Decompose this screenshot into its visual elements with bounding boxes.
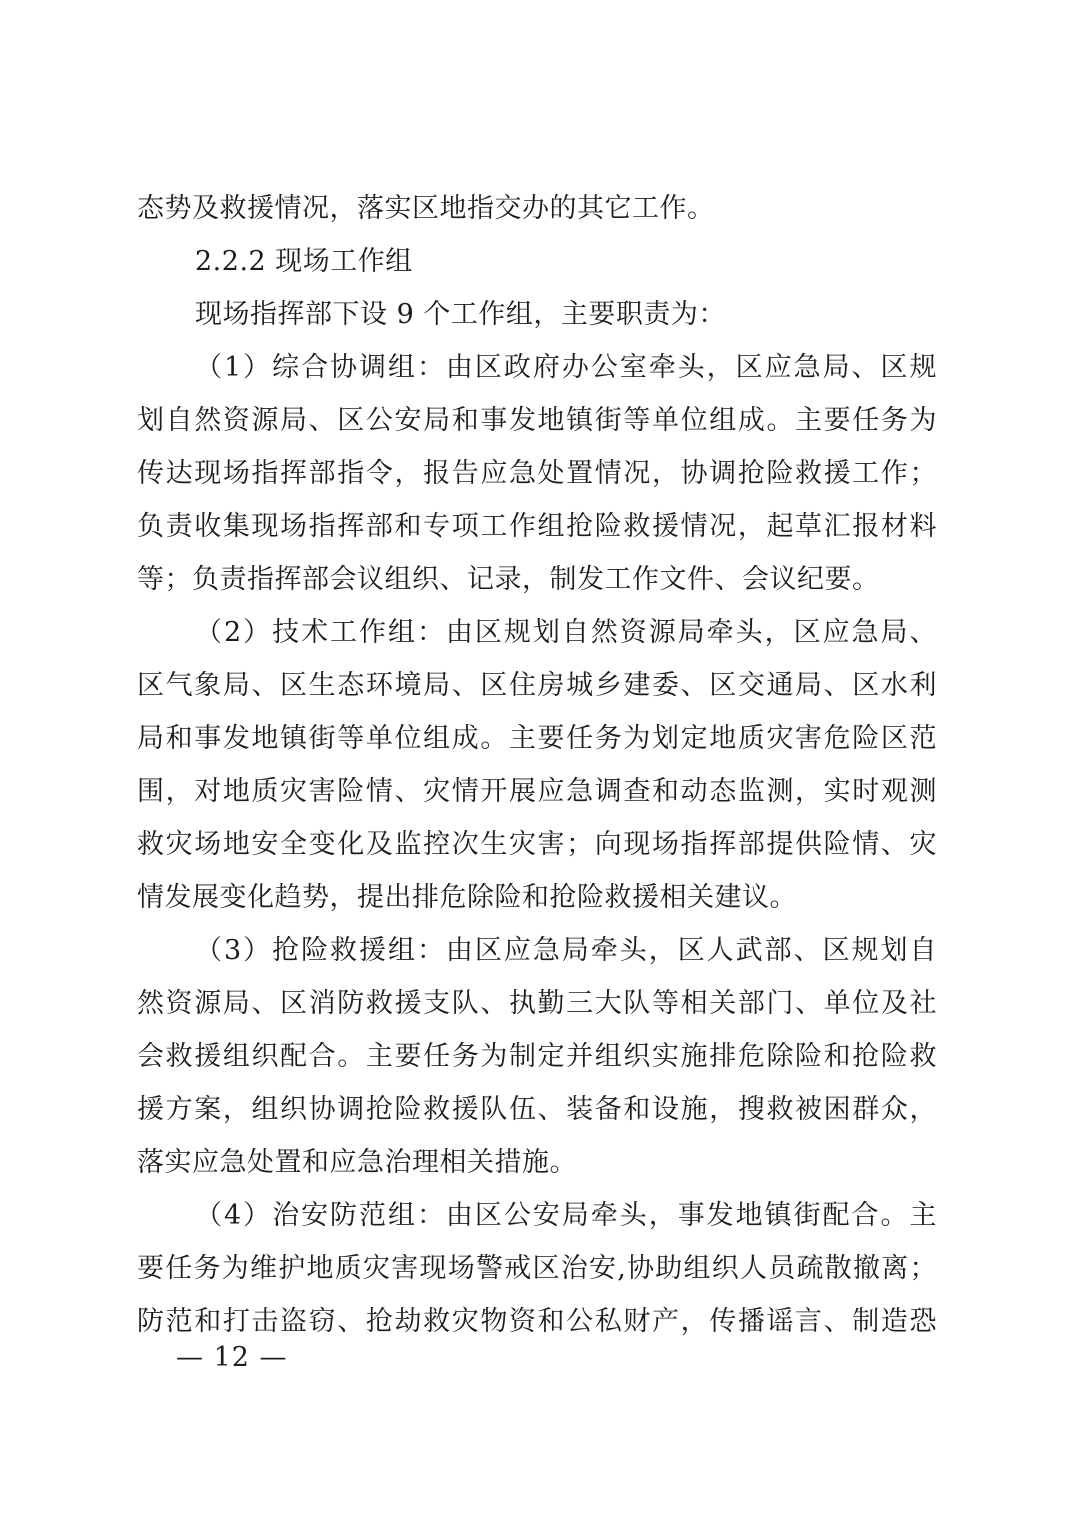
paragraph-2-line-5: 救灾场地安全变化及监控次生灾害；向现场指挥部提供险情、灾	[137, 818, 937, 871]
paragraph-4-line-2: 要任务为维护地质灾害现场警戒区治安,协助组织人员疏散撤离；	[137, 1242, 937, 1295]
paragraph-1-line-4: 负责收集现场指挥部和专项工作组抢险救援情况，起草汇报材料	[137, 500, 937, 553]
paragraph-3-line-3: 会救援组织配合。主要任务为制定并组织实施排危除险和抢险救	[137, 1030, 937, 1083]
paragraph-1-line-3: 传达现场指挥部指令，报告应急处置情况，协调抢险救援工作；	[137, 447, 937, 500]
page-number: — 12 —	[176, 1340, 288, 1376]
text-line: 现场指挥部下设 9 个工作组，主要职责为：	[137, 288, 937, 341]
paragraph-2-line-3: 局和事发地镇街等单位组成。主要任务为划定地质灾害危险区范	[137, 712, 937, 765]
paragraph-2-line-6: 情发展变化趋势，提出排危除险和抢险救援相关建议。	[137, 871, 937, 924]
paragraph-1-line-2: 划自然资源局、区公安局和事发地镇街等单位组成。主要任务为	[137, 394, 937, 447]
paragraph-3-line-2: 然资源局、区消防救援支队、执勤三大队等相关部门、单位及社	[137, 977, 937, 1030]
paragraph-2-line-2: 区气象局、区生态环境局、区住房城乡建委、区交通局、区水利	[137, 659, 937, 712]
document-page: 态势及救援情况，落实区地指交办的其它工作。 2.2.2 现场工作组 现场指挥部下…	[0, 0, 1074, 1520]
paragraph-1-line-1: （1）综合协调组：由区政府办公室牵头，区应急局、区规	[137, 341, 937, 394]
paragraph-3-line-4: 援方案，组织协调抢险救援队伍、装备和设施，搜救被困群众，	[137, 1083, 937, 1136]
text-line-continuation: 态势及救援情况，落实区地指交办的其它工作。	[137, 182, 937, 235]
paragraph-4-line-1: （4）治安防范组：由区公安局牵头，事发地镇街配合。主	[137, 1189, 937, 1242]
section-heading-2-2-2: 2.2.2 现场工作组	[137, 235, 937, 288]
paragraph-1-line-5: 等；负责指挥部会议组织、记录，制发工作文件、会议纪要。	[137, 553, 937, 606]
paragraph-3-line-1: （3）抢险救援组：由区应急局牵头，区人武部、区规划自	[137, 924, 937, 977]
document-body: 态势及救援情况，落实区地指交办的其它工作。 2.2.2 现场工作组 现场指挥部下…	[137, 182, 937, 1348]
paragraph-2-line-4: 围，对地质灾害险情、灾情开展应急调查和动态监测，实时观测	[137, 765, 937, 818]
paragraph-2-line-1: （2）技术工作组：由区规划自然资源局牵头，区应急局、	[137, 606, 937, 659]
paragraph-3-line-5: 落实应急处置和应急治理相关措施。	[137, 1136, 937, 1189]
